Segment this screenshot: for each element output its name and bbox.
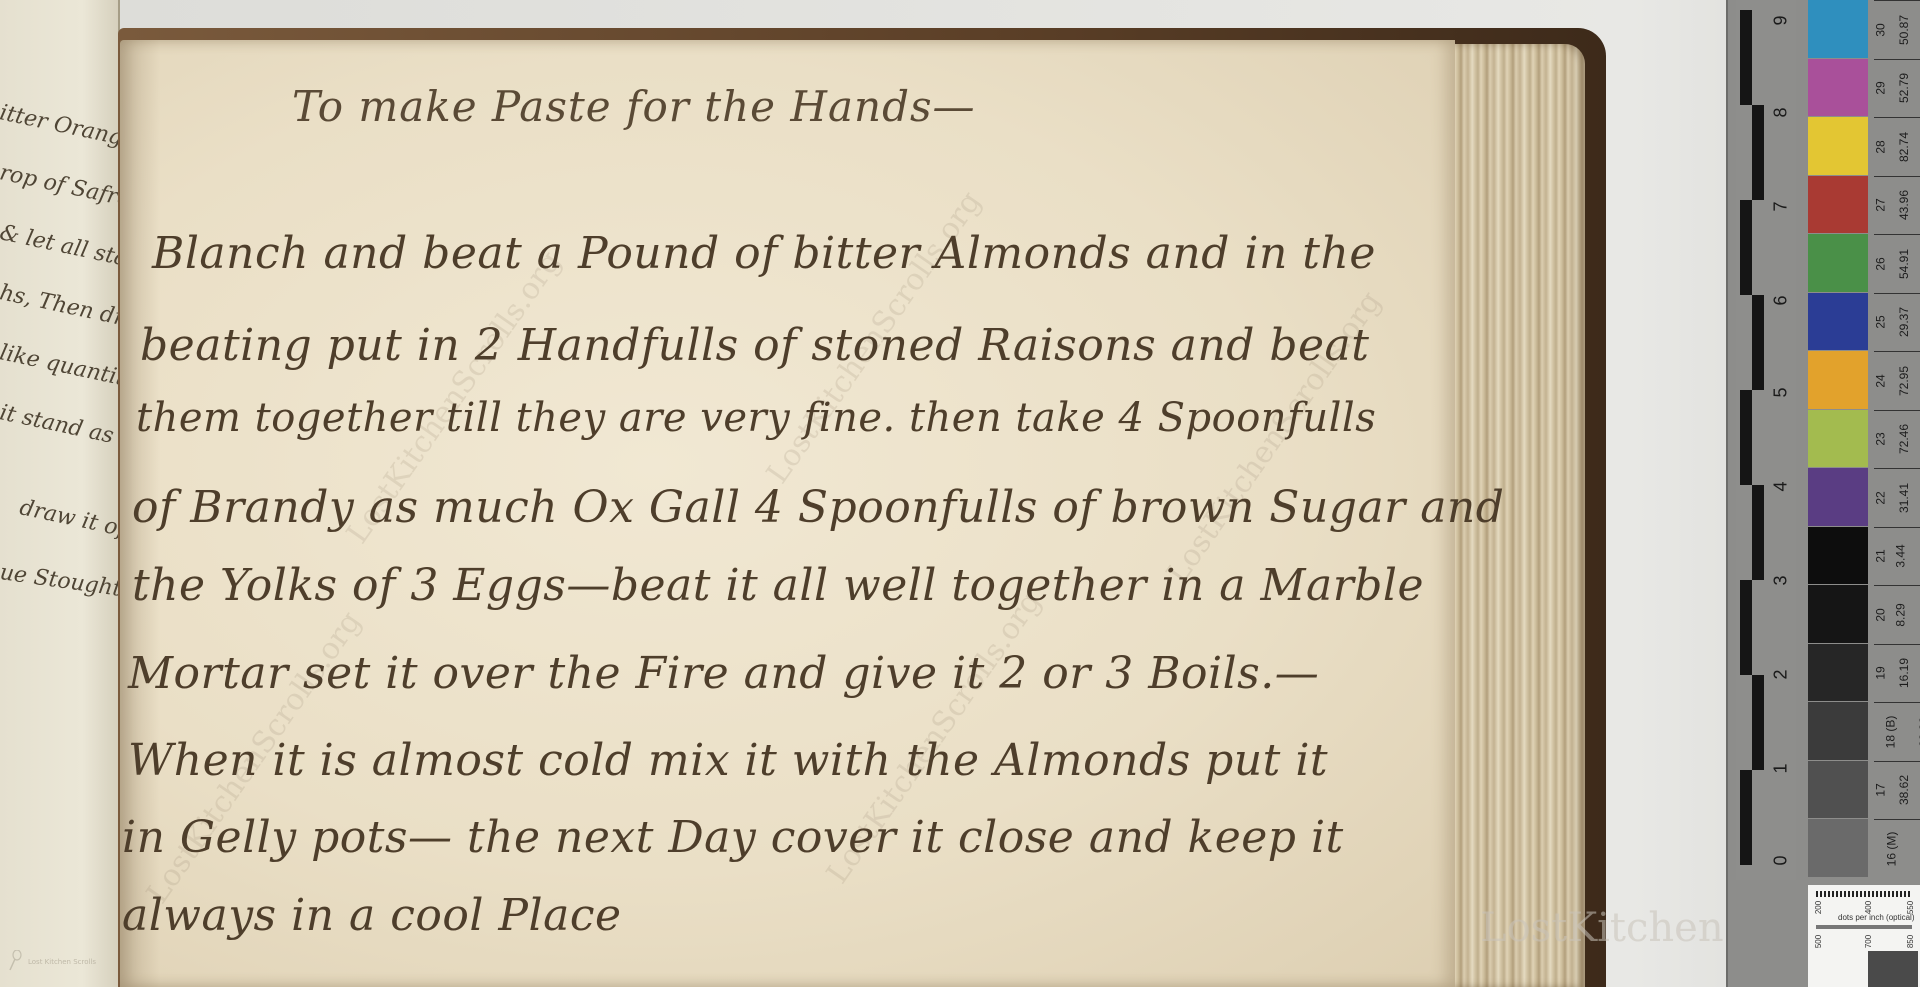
patch-value: 31.41 (1897, 483, 1911, 513)
patch-label: 213.44-0.23 (1874, 527, 1920, 586)
patch-value: 16 (M) (1884, 831, 1898, 866)
color-patch (1808, 819, 1868, 877)
patch-label: 2743.9652.00 (1874, 176, 1920, 235)
recipe-title: To make Paste for the Hands— (292, 82, 976, 131)
color-patch (1808, 351, 1868, 409)
ruler-number: 4 (1771, 481, 1792, 491)
color-patch (1808, 176, 1868, 234)
color-checker: 0 1 2 3 4 5 6 7 8 9 3050.87-27.172952.79… (1726, 0, 1920, 987)
patch-value: 21 (1874, 550, 1888, 563)
patch-label: 16 (M)49.25-0.16 (1874, 819, 1920, 878)
target-scale-label: 200 (1814, 901, 1823, 914)
facing-page: itter Oranges rop of Safron & let all st… (0, 0, 120, 987)
patch-value: 29.37 (1897, 307, 1911, 337)
patch-value: 72.95 (1897, 366, 1911, 396)
patch-value: 82.74 (1897, 132, 1911, 162)
patch-value: 27 (1874, 199, 1888, 212)
ruler-number: 7 (1771, 201, 1792, 211)
color-patch (1808, 117, 1868, 175)
recipe-line: beating put in 2 Handfulls of stoned Rai… (140, 320, 1369, 371)
facing-line: it stand as abo (0, 400, 120, 458)
target-caption: dots per inch (optical) (1838, 913, 1914, 922)
patch-value: 20 (1874, 608, 1888, 621)
facing-line: ue Stoughton (0, 560, 120, 606)
target-scale-label: 500 (1814, 935, 1823, 948)
patch-label: 18 (B)28.860.54 (1874, 702, 1920, 761)
facing-line: like quantity of (0, 340, 120, 399)
color-patch (1808, 702, 1868, 760)
patch-value: 18 (B) (1883, 715, 1897, 748)
patch-value: 43.96 (1897, 190, 1911, 220)
scale-ruler: 0 1 2 3 4 5 6 7 8 9 (1736, 0, 1796, 880)
recipe-line: them together till they are very fine. t… (136, 395, 1376, 441)
target-scale-label: 550 (1906, 901, 1915, 914)
color-patch (1808, 644, 1868, 702)
patch-label: 208.29-0.81 (1874, 585, 1920, 644)
recipe-line: always in a cool Place (122, 890, 622, 941)
ruler-number: 2 (1771, 669, 1792, 679)
ruler-number: 8 (1771, 107, 1792, 117)
patch-label: 3050.87-27.17 (1874, 0, 1920, 59)
recipe-line: When it is almost cold mix it with the A… (128, 735, 1328, 786)
patch-label: 2952.7950.88 (1874, 59, 1920, 118)
whisk-icon (8, 950, 22, 972)
patch-label: 2372.46-24.45 (1874, 410, 1920, 469)
patch-value: 72.46 (1897, 424, 1911, 454)
facing-line: draw it off, (17, 495, 120, 545)
facing-line: hs, Then draw (0, 280, 120, 338)
color-patch (1808, 527, 1868, 585)
patch-value: 16.19 (1897, 658, 1911, 688)
recipe-line: the Yolks of 3 Eggs—beat it all well tog… (132, 560, 1424, 611)
patch-value: 22 (1874, 491, 1888, 504)
color-patch (1808, 293, 1868, 351)
facing-line: itter Oranges (0, 100, 120, 156)
patch-value: 26 (1874, 257, 1888, 270)
color-patch (1808, 585, 1868, 643)
color-patch (1808, 59, 1868, 117)
ruler-number: 1 (1771, 763, 1792, 773)
recipe-line: Mortar set it over the Fire and give it … (128, 648, 1319, 699)
patch-label: 2472.9516.83 (1874, 351, 1920, 410)
ruler-number: 3 (1771, 575, 1792, 585)
patch-value: 28 (1874, 140, 1888, 153)
recipe-line: in Gelly pots— the next Day cover it clo… (122, 812, 1344, 863)
recipe-line: of Brandy as much Ox Gall 4 Spoonfulls o… (132, 482, 1504, 533)
patch-label: 2231.4120.98 (1874, 468, 1920, 527)
color-patch (1808, 0, 1868, 58)
recipe-line: Blanch and beat a Pound of bitter Almond… (152, 228, 1376, 279)
facing-line: & let all stand (0, 220, 120, 277)
patch-value: 25 (1874, 316, 1888, 329)
patch-label: 2654.91-38.91 (1874, 234, 1920, 293)
target-scale-label: 700 (1864, 935, 1873, 948)
patch-value: 23 (1874, 433, 1888, 446)
color-patch (1808, 410, 1868, 468)
patch-value: 17 (1874, 784, 1888, 797)
patch-value: 52.79 (1897, 73, 1911, 103)
facing-line: rop of Safron (0, 160, 120, 215)
target-scale-label: 850 (1906, 935, 1915, 948)
patch-label: 2882.743.45 (1874, 117, 1920, 176)
patch-label: 2529.3713.06 (1874, 293, 1920, 352)
corner-watermark: Lost Kitchen Scrolls (28, 958, 96, 966)
patch-value: 29 (1874, 82, 1888, 95)
patch-value: 50.87 (1897, 15, 1911, 45)
patch-value: 8.29 (1894, 603, 1908, 626)
color-patch (1808, 468, 1868, 526)
patch-value: 38.62 (1897, 775, 1911, 805)
patch-label: 1738.62-0.18 (1874, 761, 1920, 820)
patch-value: 54.91 (1897, 249, 1911, 279)
color-patch (1808, 761, 1868, 819)
patch-value: 30 (1874, 23, 1888, 36)
ruler-number: 5 (1771, 387, 1792, 397)
target-scale-label: 400 (1864, 901, 1873, 914)
resolution-target: dots per inch (optical) 200 400 550 500 … (1808, 885, 1920, 987)
patch-value: 3.44 (1894, 545, 1908, 568)
ruler-number: 9 (1771, 15, 1792, 25)
patch-value: 19 (1874, 667, 1888, 680)
patch-label: 1916.19-0.05 (1874, 644, 1920, 703)
color-patch (1808, 234, 1868, 292)
ruler-number: 0 (1771, 855, 1792, 865)
ruler-number: 6 (1771, 295, 1792, 305)
patch-value: 24 (1874, 374, 1888, 387)
